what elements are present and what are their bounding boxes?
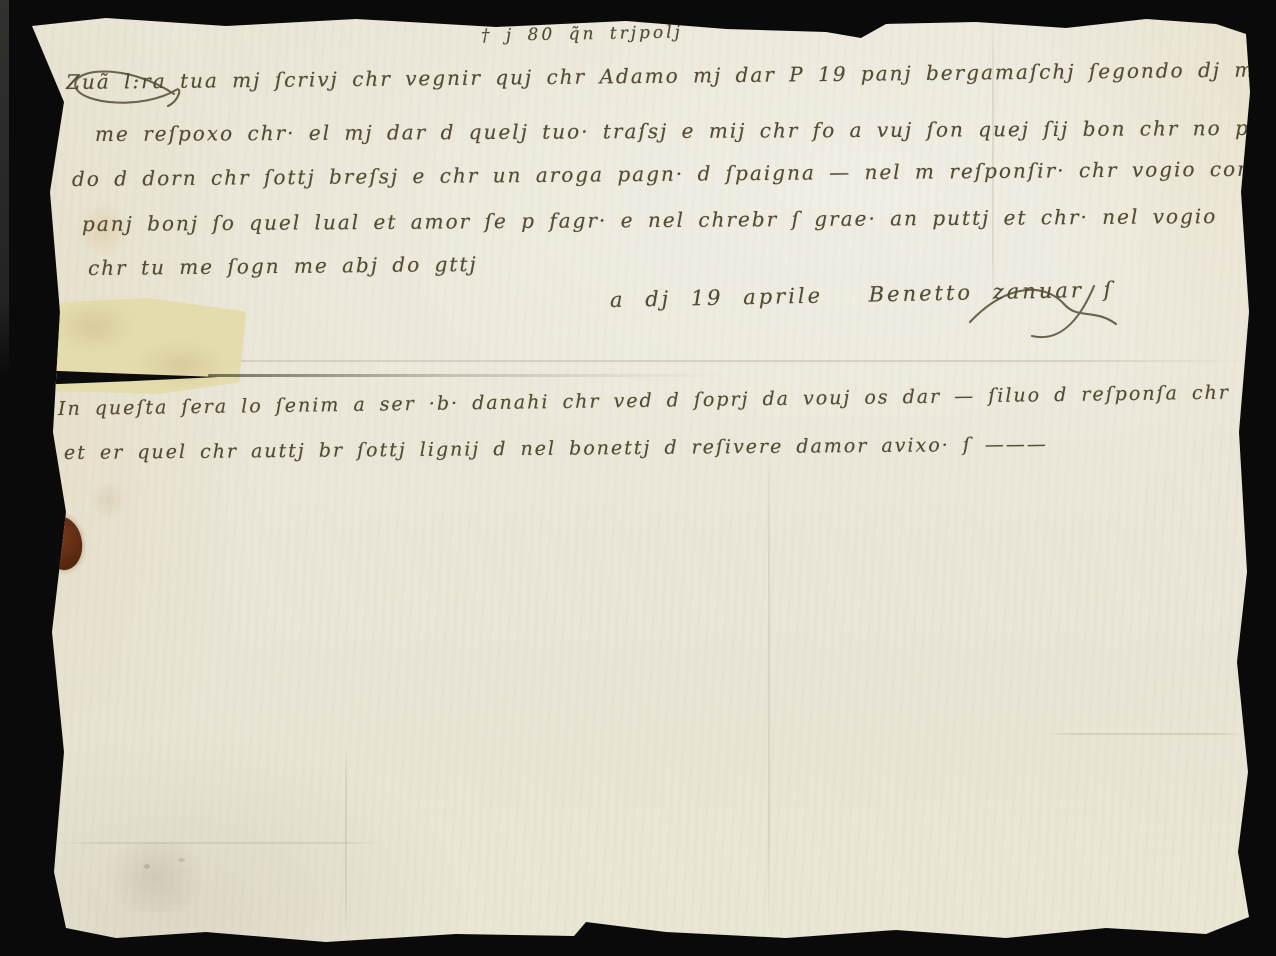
paper-speck <box>34 234 43 244</box>
fold-crease-horizontal-right <box>1046 733 1246 735</box>
manuscript-line-2: me reſpoxo chr· el mj dar d quelj tuo· t… <box>95 116 1276 146</box>
foxing-stain <box>86 482 130 518</box>
paper-speck <box>178 858 185 862</box>
manuscript-line-1: Zuã l:ra tua mj ſcrivj chr vegnir quj ch… <box>66 57 1276 94</box>
manuscript-heading: † j 80 q̃n trjpolj <box>481 22 683 46</box>
signature: Benetto zanuar ſ <box>868 277 1114 306</box>
wax-stain <box>39 513 87 574</box>
manuscript-line-4: panj bonj ſo quel lual et amor ſe p fagr… <box>82 204 1217 236</box>
fold-crease-vertical-right <box>768 440 770 935</box>
scan-edge-strip <box>0 0 9 378</box>
paper-grain-texture <box>26 12 1252 948</box>
postscript-line-1: In queſta ſera lo ſenim a ser ·b· danahi… <box>58 379 1276 420</box>
manuscript-line-5: chr tu me ſogn me abj do gttj <box>88 252 478 280</box>
fold-crease-horizontal-left <box>56 842 386 844</box>
dateline: a dj 19 aprile <box>610 284 824 312</box>
paper-speck <box>144 864 150 869</box>
foxing-stain <box>96 842 216 912</box>
dateline-signature: a dj 19 aprile Benetto zanuar ſ <box>610 277 1115 312</box>
fold-crease-vertical-left <box>345 740 347 938</box>
manuscript-paper: † j 80 q̃n trjpolj Zuã l:ra tua mj ſcriv… <box>26 12 1252 948</box>
postscript-line-2: et er quel chr auttj br ſottj lignij d n… <box>64 433 1048 464</box>
manuscript-line-3: do d dorn chr ſottj breſsj e chr un arog… <box>72 157 1272 191</box>
photograph-background: † j 80 q̃n trjpolj Zuã l:ra tua mj ſcriv… <box>0 0 1276 956</box>
tear-crease-line <box>208 374 728 377</box>
